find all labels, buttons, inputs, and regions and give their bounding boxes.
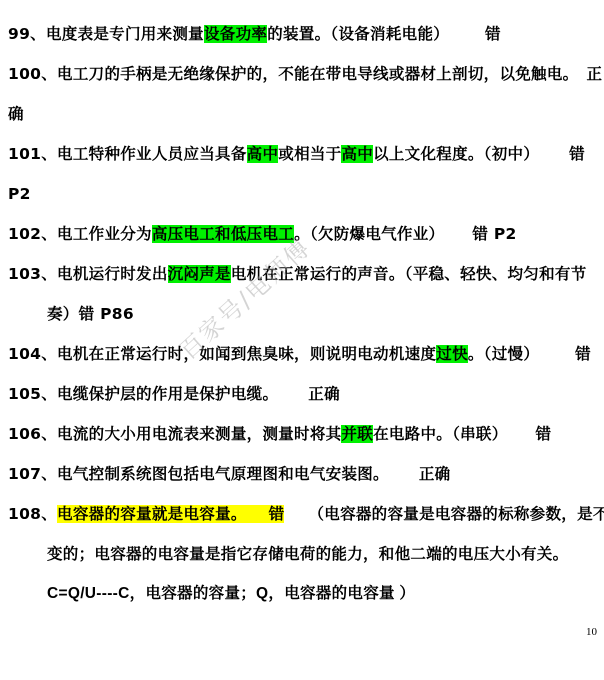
answer-label: 错: [575, 345, 591, 363]
green-highlight: 并联: [341, 425, 373, 443]
item-text: 。（欠防爆电气作业）: [294, 225, 444, 243]
item-text: 102、电工作业分为: [8, 225, 152, 243]
answer-label: 正确: [419, 465, 451, 483]
item-text: 在电路中。（串联）: [373, 425, 507, 443]
item-text: 电机在正常运行的声音。（平稳、轻快、均匀和有节: [231, 265, 587, 283]
green-highlight: 高压电工和低压电工: [152, 225, 294, 243]
item-text: 99、电度表是专门用来测量: [8, 25, 204, 43]
answer-label: 确: [8, 105, 24, 123]
green-highlight: 设备功率: [204, 25, 267, 43]
item-101-wrap: P2: [8, 174, 31, 214]
item-text: 104、电机在正常运行时，如闻到焦臭味，则说明电动机速度: [8, 345, 436, 363]
item-103: 103、电机运行时发出沉闷声是电机在正常运行的声音。（平稳、轻快、均匀和有节: [8, 254, 587, 294]
item-text: 106、电流的大小用电流表来测量，测量时将其: [8, 425, 341, 443]
item-102: 102、电工作业分为高压电工和低压电工。（欠防爆电气作业）错 P2: [8, 214, 517, 254]
item-108-wrap-1: 变的；电容器的电容量是指它存储电荷的能力，和他二端的电压大小有关。: [47, 534, 568, 574]
green-highlight: 高中: [341, 145, 373, 163]
item-108: 108、电容器的容量就是电容量。错（电容器的容量是电容器的标称参数，是不: [8, 494, 604, 534]
item-99: 99、电度表是专门用来测量设备功率的装置。（设备消耗电能）错: [8, 14, 501, 54]
item-104: 104、电机在正常运行时，如闻到焦臭味，则说明电动机速度过快。（过慢）错: [8, 334, 591, 374]
item-text: 奏）错 P86: [47, 305, 134, 323]
item-100-wrap: 确: [8, 94, 24, 134]
answer-label: 错: [536, 425, 552, 443]
item-text: 101、电工特种作业人员应当具备: [8, 145, 247, 163]
item-text: 。（过慢）: [468, 345, 539, 363]
green-highlight: 高中: [247, 145, 279, 163]
answer-label: 错: [485, 25, 501, 43]
answer-label: 错: [269, 505, 285, 523]
item-note: 变的；电容器的电容量是指它存储电荷的能力，和他二端的电压大小有关。: [47, 545, 568, 563]
item-text: 电容器的容量就是电容量。: [57, 505, 247, 523]
answer-label: 错 P2: [472, 225, 516, 243]
item-100: 100、电工刀的手柄是无绝缘保护的，不能在带电导线或器材上剖切，以免触电。正: [8, 54, 602, 94]
green-highlight: 沉闷声是: [168, 265, 231, 283]
item-text: 以上文化程度。（初中）: [373, 145, 539, 163]
item-text: 的装置。（设备消耗电能）: [267, 25, 449, 43]
item-text: 107、电气控制系统图包括电气原理图和电气安装图。: [8, 465, 389, 483]
item-101: 101、电工特种作业人员应当具备高中或相当于高中以上文化程度。（初中）错: [8, 134, 585, 174]
item-text: 100、电工刀的手柄是无绝缘保护的，不能在带电导线或器材上剖切，以免触电。: [8, 65, 578, 83]
item-106: 106、电流的大小用电流表来测量，测量时将其并联在电路中。（串联）错: [8, 414, 551, 454]
green-highlight: 过快: [436, 345, 468, 363]
page-number: 10: [586, 626, 597, 638]
yellow-highlight: 电容器的容量就是电容量。错: [57, 505, 284, 523]
page-reference: P2: [8, 185, 31, 203]
item-text: 108、: [8, 505, 57, 523]
item-107: 107、电气控制系统图包括电气原理图和电气安装图。正确: [8, 454, 450, 494]
item-note: （电容器的容量是电容器的标称参数，是不: [308, 505, 604, 523]
document-page: 99、电度表是专门用来测量设备功率的装置。（设备消耗电能）错 100、电工刀的手…: [0, 0, 604, 680]
item-105: 105、电缆保护层的作用是保护电缆。正确: [8, 374, 340, 414]
formula-note: C=Q/U----C，电容器的容量；Q，电容器的电容量 ）: [47, 585, 415, 602]
answer-label: 正: [586, 65, 602, 83]
item-108-wrap-2: C=Q/U----C，电容器的容量；Q，电容器的电容量 ）: [47, 574, 415, 614]
item-text: 105、电缆保护层的作用是保护电缆。: [8, 385, 278, 403]
item-text: 或相当于: [278, 145, 341, 163]
answer-label: 错: [569, 145, 585, 163]
item-103-wrap: 奏）错 P86: [47, 294, 134, 334]
item-text: 103、电机运行时发出: [8, 265, 168, 283]
answer-label: 正确: [308, 385, 340, 403]
